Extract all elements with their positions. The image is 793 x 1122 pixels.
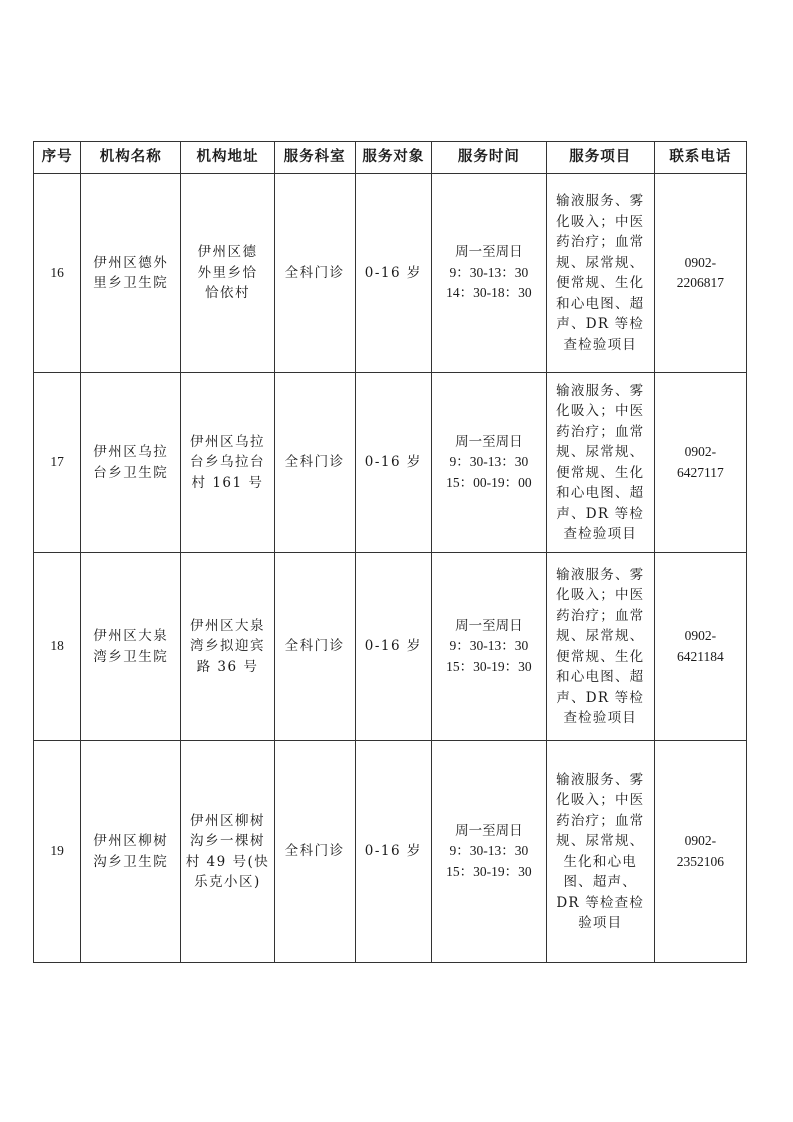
row-dept: 全科门诊 xyxy=(274,553,355,741)
row-items: 输液服务、雾 化吸入；中医 药治疗；血常 规、尿常规、 便常规、生化 和心电图、… xyxy=(546,553,654,741)
row-address: 伊州区柳树 沟乡一棵树 村 49 号(快 乐克小区) xyxy=(181,741,274,963)
header-row: 序号 机构名称 机构地址 服务科室 服务对象 服务时间 服务项目 联系电话 xyxy=(34,142,747,174)
header-dept: 服务科室 xyxy=(274,142,355,174)
row-target: 0-16 岁 xyxy=(355,553,431,741)
row-time: 周一至周日 9：30-13：30 15：30-19：30 xyxy=(432,553,547,741)
header-no: 序号 xyxy=(34,142,81,174)
row-target: 0-16 岁 xyxy=(355,741,431,963)
row-dept: 全科门诊 xyxy=(274,174,355,373)
row-items: 输液服务、雾 化吸入；中医 药治疗；血常 规、尿常规、 便常规、生化 和心电图、… xyxy=(546,174,654,373)
row-phone: 0902- 2352106 xyxy=(654,741,746,963)
header-name: 机构名称 xyxy=(81,142,181,174)
row-dept: 全科门诊 xyxy=(274,741,355,963)
row-phone: 0902- 6427117 xyxy=(654,373,746,553)
row-phone: 0902- 6421184 xyxy=(654,553,746,741)
row-time: 周一至周日 9：30-13：30 15：00-19：00 xyxy=(432,373,547,553)
row-address: 伊州区德 外里乡恰 恰依村 xyxy=(181,174,274,373)
row-no: 19 xyxy=(34,741,81,963)
row-target: 0-16 岁 xyxy=(355,373,431,553)
header-time: 服务时间 xyxy=(432,142,547,174)
header-address: 机构地址 xyxy=(181,142,274,174)
row-name: 伊州区乌拉 台乡卫生院 xyxy=(81,373,181,553)
row-no: 18 xyxy=(34,553,81,741)
table-row: 17 伊州区乌拉 台乡卫生院 伊州区乌拉 台乡乌拉台 村 161 号 全科门诊 … xyxy=(34,373,747,553)
table-row: 18 伊州区大泉 湾乡卫生院 伊州区大泉 湾乡拟迎宾 路 36 号 全科门诊 0… xyxy=(34,553,747,741)
table-row: 16 伊州区德外 里乡卫生院 伊州区德 外里乡恰 恰依村 全科门诊 0-16 岁… xyxy=(34,174,747,373)
row-dept: 全科门诊 xyxy=(274,373,355,553)
row-name: 伊州区柳树 沟乡卫生院 xyxy=(81,741,181,963)
row-name: 伊州区大泉 湾乡卫生院 xyxy=(81,553,181,741)
row-address: 伊州区乌拉 台乡乌拉台 村 161 号 xyxy=(181,373,274,553)
row-time: 周一至周日 9：30-13：30 15：30-19：30 xyxy=(432,741,547,963)
row-no: 17 xyxy=(34,373,81,553)
row-name: 伊州区德外 里乡卫生院 xyxy=(81,174,181,373)
header-target: 服务对象 xyxy=(355,142,431,174)
row-time: 周一至周日 9：30-13：30 14：30-18：30 xyxy=(432,174,547,373)
row-phone: 0902- 2206817 xyxy=(654,174,746,373)
clinic-service-table: 序号 机构名称 机构地址 服务科室 服务对象 服务时间 服务项目 联系电话 16… xyxy=(33,141,747,963)
row-target: 0-16 岁 xyxy=(355,174,431,373)
row-no: 16 xyxy=(34,174,81,373)
table-row: 19 伊州区柳树 沟乡卫生院 伊州区柳树 沟乡一棵树 村 49 号(快 乐克小区… xyxy=(34,741,747,963)
header-items: 服务项目 xyxy=(546,142,654,174)
header-phone: 联系电话 xyxy=(654,142,746,174)
row-address: 伊州区大泉 湾乡拟迎宾 路 36 号 xyxy=(181,553,274,741)
row-items: 输液服务、雾 化吸入；中医 药治疗；血常 规、尿常规、 便常规、生化 和心电图、… xyxy=(546,373,654,553)
row-items: 输液服务、雾 化吸入；中医 药治疗；血常 规、尿常规、 生化和心电 图、超声、 … xyxy=(546,741,654,963)
